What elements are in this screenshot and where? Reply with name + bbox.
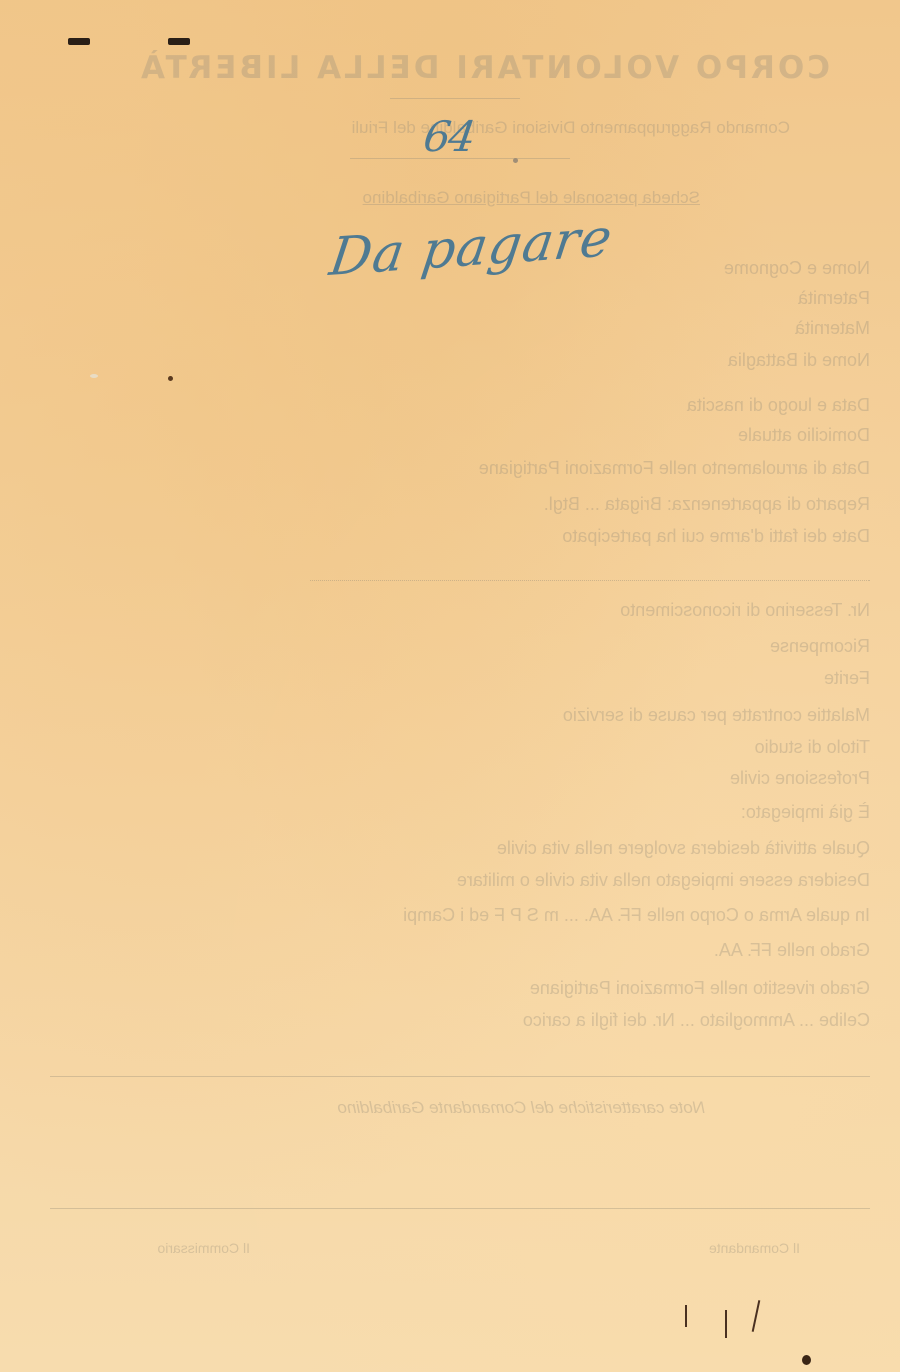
form-field: Professione civile [730,768,870,789]
form-field: Nr. Tesserino di riconoscimento [620,600,870,621]
paper-speck [802,1355,811,1365]
staple-hole-mark [68,38,90,45]
form-field: Grado rivestito nelle Formazioni Partigi… [530,978,870,999]
form-title: CORPO VOLONTARI DELLA LIBERTÀ [138,50,830,86]
form-field: Domicilio attuale [738,425,870,446]
staple-hole-mark [168,38,190,45]
form-field: Ricompense [770,636,870,657]
ink-mark [685,1305,687,1327]
form-field: Desidera essere impiegato nella vita civ… [457,870,870,891]
form-field: Celibe ... Ammogliato ... Nr. dei figli … [523,1010,870,1031]
form-field: Data e luogo di nascita [687,395,870,416]
form-field: Maternità [795,318,870,339]
paper-speck [513,158,518,163]
form-field: Grado nelle FF. AA. [714,940,870,961]
form-field: Ferite [824,668,870,689]
footer-heading: Note caratteristiche del Comandante Gari… [337,1098,705,1118]
form-field: Paternità [798,288,870,309]
form-subtitle: Comando Raggruppamento Divisioni Garibal… [352,118,790,138]
form-field: Nome di Battaglia [728,350,870,371]
signature-right: Il Commissario [157,1240,250,1256]
show-through-form: CORPO VOLONTARI DELLA LIBERTÀ Comando Ra… [0,0,900,1372]
divider [50,1076,870,1077]
form-field: Quale attività desidera svolgere nella v… [497,838,870,859]
ink-mark [725,1310,727,1338]
form-heading: Scheda personale del Partigiano Garibald… [363,188,700,208]
paper-speck [90,374,98,378]
form-field: Titolo di studio [755,737,870,758]
form-field: Data di arruolamento nelle Formazioni Pa… [479,458,870,479]
form-field: Reparto di appartenenza: Brigata ... Btg… [544,494,870,515]
divider [390,98,520,99]
form-field: Nome e Cognome [724,258,870,279]
form-field: Malattie contratte per cause di servizio [563,705,870,726]
form-field: Date dei fatti d'arme cui ha partecipato [562,526,870,547]
dotted-line [310,580,870,581]
folio-number-handwritten: 64 [421,112,477,161]
divider [50,1208,870,1209]
form-field: È già impiegato: [741,802,870,823]
signature-left: Il Comandante [709,1240,800,1256]
paper-speck [168,376,173,381]
form-field: In quale Arma o Corpo nelle FF. AA. ... … [403,905,870,926]
